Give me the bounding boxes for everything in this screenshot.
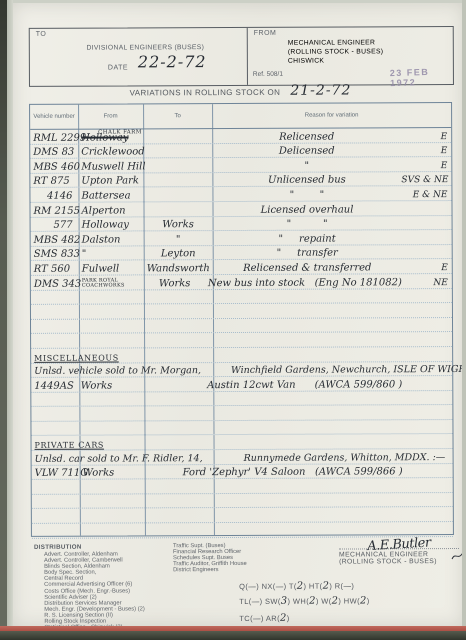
reason-cell: New bus into stock (Eng No 181082)NE	[208, 277, 452, 289]
vehicle-number-cell: RT 560	[31, 264, 79, 275]
from-cell: Fulwell	[79, 263, 144, 274]
reason-cell: "E	[212, 160, 451, 172]
handwritten-count: 2	[297, 581, 304, 592]
from-cell: Dalston	[79, 234, 144, 245]
scanner-edge-top	[13, 0, 466, 3]
from-line-1: MECHANICAL ENGINEER	[288, 39, 375, 46]
vehicle-number-cell: MBS 460	[30, 161, 78, 172]
reference-number: Ref. 508/1	[253, 71, 283, 78]
scanner-edge-bottom	[0, 631, 466, 640]
from-cell: FROM MECHANICAL ENGINEER (ROLLING STOCK …	[248, 27, 453, 85]
scanned-document: TO DIVISIONAL ENGINEERS (BUSES) DATE 22-…	[0, 0, 466, 640]
span-note-left: Unlsd. car sold to Mr. F. Ridler, 14,	[32, 453, 214, 465]
vehicle-number-cell: SMS 833	[31, 249, 79, 260]
from-cell: Cricklewood	[78, 147, 143, 158]
to-cell: Leyton	[144, 248, 213, 259]
vehicle-number-cell: 1449AS	[31, 380, 77, 391]
vehicle-number-cell: RM 2155	[30, 205, 78, 216]
vehicle-number-cell: DMS 343	[31, 278, 79, 289]
from-label: FROM	[254, 30, 277, 37]
from-cell: Alperton	[78, 205, 143, 216]
reason-cell: RelicensedE	[212, 131, 451, 143]
reason-cell: Licensed overhaul	[212, 204, 451, 216]
variation-code: E	[401, 161, 451, 171]
span-note-left: Unlsd. vehicle sold to Mr. Morgan,	[31, 365, 201, 377]
address-header-box: TO DIVISIONAL ENGINEERS (BUSES) DATE 22-…	[29, 26, 454, 87]
reason-text: " repaint	[213, 233, 402, 245]
from-cell: Muswell Hill	[78, 161, 143, 172]
vehicle-number-cell: RT 875	[30, 176, 78, 187]
handwritten-count: 2	[332, 596, 339, 607]
vehicle-number-cell: RML 2299	[30, 132, 78, 143]
reason-text: Delicensed	[212, 145, 401, 157]
from-cell: Upton Park	[78, 176, 143, 187]
to-cell: TO DIVISIONAL ENGINEERS (BUSES) DATE 22-…	[30, 28, 248, 86]
garage-code-line: Q(—) NX(—) T(2) HT(2) R(—)	[239, 580, 369, 592]
from-line-3: CHISWICK	[288, 58, 324, 65]
from-cell: Battersea	[78, 190, 143, 201]
handwritten-count: 2	[360, 595, 367, 606]
variation-code: E	[401, 132, 451, 142]
variation-code: SVS & NE	[401, 175, 451, 185]
vehicle-number-cell: 577	[31, 220, 79, 231]
reason-cell: " "	[213, 218, 452, 230]
from-cell: Works	[80, 468, 130, 479]
vehicle-number-cell: MBS 482	[31, 234, 79, 245]
variation-code: E	[402, 263, 452, 273]
distribution-item: Commercial Advertising Officer (6)	[44, 582, 145, 589]
span-note-right: Winchfield Gardens, Newchurch, ISLE OF W…	[201, 364, 466, 376]
section-heading: PRIVATE CARS	[32, 441, 105, 450]
from-cell: Holloway	[79, 220, 144, 231]
column-header-vehicle: Vehicle number	[30, 105, 78, 129]
reason-text: Relicensed & transferred	[213, 262, 402, 274]
handwritten-count: 3	[281, 596, 288, 607]
from-cell: Works	[78, 380, 141, 391]
table-header-row: Vehicle number From To Reason for variat…	[30, 103, 451, 130]
reason-text: Ford 'Zephyr' V4 Saloon (AWCA 599/866 )	[183, 467, 403, 479]
distribution-title: DISTRIBUTION	[34, 544, 82, 551]
handwritten-count: 2	[323, 581, 330, 592]
distribution-list-right: Traffic Supt. (Buses)Financial Research …	[173, 543, 247, 574]
from-cell: CHALK FARMHolloway	[78, 132, 143, 143]
reason-cell: Unlicensed busSVS & NE	[212, 174, 451, 186]
title-text: VARIATIONS IN ROLLING STOCK ON	[130, 88, 281, 98]
garage-code-line: TC(—) AR(2)	[239, 612, 369, 624]
distribution-item: District Engineers	[173, 567, 247, 573]
title-date-handwritten: 21-2-72	[290, 82, 351, 98]
reason-cell: " "E & NE	[212, 189, 451, 201]
variations-table: Vehicle number From To Reason for variat…	[29, 102, 454, 537]
to-cell: "	[144, 234, 213, 245]
form-title: VARIATIONS IN ROLLING STOCK ON 21-2-72	[29, 82, 452, 100]
to-cell: Wandsworth	[144, 263, 213, 274]
to-value: DIVISIONAL ENGINEERS (BUSES)	[30, 44, 247, 52]
form-content: TO DIVISIONAL ENGINEERS (BUSES) DATE 22-…	[0, 0, 466, 640]
vehicle-number-cell: DMS 83	[30, 147, 78, 158]
reason-text: Licensed overhaul	[212, 204, 401, 216]
reason-text: Unlicensed bus	[212, 175, 401, 187]
reason-text: " "	[212, 189, 401, 201]
handwritten-count: 2	[309, 596, 316, 607]
date-handwritten: 22-2-72	[138, 52, 207, 71]
to-cell: Works	[141, 278, 207, 289]
scanner-edge-right	[462, 0, 466, 640]
stock-table-body: RML 2299CHALK FARMHollowayRelicensedEDMS…	[30, 128, 453, 538]
handwritten-count: 2	[280, 613, 287, 624]
reason-text: " "	[213, 218, 402, 230]
variation-code: NE	[402, 278, 452, 288]
vehicle-number-cell: 4146	[30, 191, 78, 202]
vehicle-number-cell: VLW 711G	[32, 468, 80, 479]
from-cell: "	[79, 249, 144, 260]
page-edge-shadow	[7, 0, 13, 640]
column-header-to: To	[143, 104, 212, 128]
reason-text: New bus into stock (Eng No 181082)	[208, 277, 402, 289]
signature-block: A.E.Butler MECHANICAL ENGINEER (ROLLING …	[339, 537, 459, 566]
signatory-subtitle: (ROLLING STOCK - BUSES)	[339, 558, 459, 566]
variation-code: E & NE	[401, 190, 451, 200]
reason-cell: Relicensed & transferredE	[213, 262, 452, 274]
column-header-reason: Reason for variation	[212, 103, 451, 128]
reason-cell: Ford 'Zephyr' V4 Saloon (AWCA 599/866 )	[183, 466, 453, 478]
reason-cell: " transfer	[213, 247, 452, 259]
reason-cell: " repaint	[213, 233, 452, 245]
correction-note: CHALK FARM	[98, 129, 142, 135]
reason-text: "	[212, 160, 401, 172]
to-cell: Works	[144, 219, 213, 230]
reason-cell: Austin 12cwt Van (AWCA 599/860 )	[207, 379, 452, 391]
reason-text: " transfer	[213, 248, 402, 260]
reason-cell: DelicensedE	[212, 145, 451, 157]
reason-text: Relicensed	[212, 131, 401, 143]
column-header-from: From	[78, 104, 143, 128]
scanner-edge-left	[0, 0, 7, 640]
distribution-item: Costs Office (Mech. Engr.-Buses)	[44, 588, 145, 595]
reason-text: Austin 12cwt Van (AWCA 599/860 )	[207, 379, 402, 391]
span-note-right: Runnymede Gardens, Whitton, MDDX. :—	[214, 452, 453, 464]
table-row	[32, 522, 453, 538]
distribution-list-left: Advert. Controller, AldenhamAdvert. Cont…	[44, 551, 145, 631]
from-cell: PARK ROYAL COACHWORKS	[79, 277, 142, 290]
to-label: TO	[36, 31, 47, 38]
variation-code: E	[401, 146, 451, 156]
from-line-2: (ROLLING STOCK - BUSES)	[288, 48, 384, 55]
section-heading: MISCELLANEOUS	[31, 353, 119, 362]
date-label: DATE	[108, 64, 128, 71]
garage-code-line: TL(—) SW(3) WH(2) W(2) HW(2)	[239, 595, 369, 607]
